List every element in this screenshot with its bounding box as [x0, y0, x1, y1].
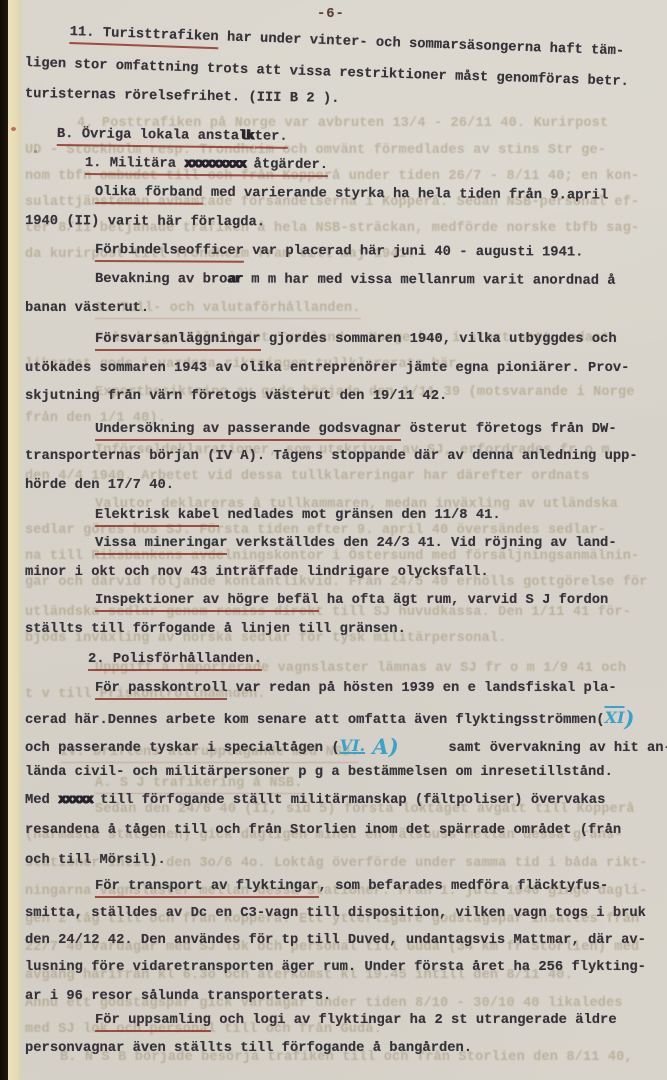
underlined-heading-text: 11. Turisttrafiken [69, 25, 219, 49]
handwritten-annotation: A) [365, 734, 399, 759]
underlined-heading-text: ter. [254, 129, 287, 148]
typed-text: turisternas rörelsefrihet. (III B 2 ). [25, 87, 340, 107]
typewritten-line: resandena å tågen till och från Storlien… [25, 822, 621, 840]
typed-text: och passerande tyskar i specialtågen ( [25, 741, 340, 756]
typewritten-line: och passerande tyskar i specialtågen (VI… [25, 737, 667, 758]
typewritten-line: Bevakning av broar m m har med vissa mel… [95, 271, 616, 291]
underlined-heading-text: För uppsamling [95, 1013, 211, 1032]
typed-text: minor i okt och nov 43 inträffade lindri… [25, 565, 489, 580]
typed-text: med varierande styrka ha hela tiden från… [203, 186, 609, 204]
typed-text: ställts till förfogande å linjen till gr… [25, 622, 406, 637]
typed-text: personvagnar även ställts till förfogand… [25, 1041, 472, 1056]
typed-text: nedlades mot gränsen den 11/8 41. [219, 508, 501, 523]
scanned-document-page: 4. Posttrafiken på Norge var avbruten 13… [0, 0, 667, 1080]
struck-out-word: xxxxx [58, 793, 92, 808]
typed-text: Bevakning av bro [95, 272, 228, 287]
typed-text: till förfogande ställt militärmanskap (f… [92, 793, 605, 808]
typewritten-line: Med xxxxx till förfogande ställt militär… [25, 792, 605, 810]
underlined-heading-text: Försvarsanläggningar [95, 332, 261, 351]
typed-text: m m har med vissa mellanrum varit anordn… [243, 273, 616, 289]
typed-text: hörde den 17/7 40. [25, 478, 174, 493]
typewritten-line: ar i 96 resor sålunda transporterats. [25, 988, 331, 1006]
typewritten-line: utökades sommaren 1943 av olika entrepre… [25, 360, 629, 378]
typewritten-line: Försvarsanläggningar gjordes sommaren 19… [95, 331, 617, 349]
typed-text: samt övervakning av hit an- [399, 741, 667, 756]
typewritten-line: För transport av flyktingar, som befarad… [95, 878, 608, 896]
handwritten-annotation: XI [605, 708, 625, 727]
underlined-heading-text: Olika förband [95, 185, 203, 205]
typed-text: transporternas början (IV A). Tågens sto… [25, 449, 638, 464]
typed-text: och logi av flyktingar ha 2 st utrangera… [211, 1013, 617, 1028]
underlined-heading-text: Elektrisk kabel [95, 508, 219, 527]
typewritten-line: den 24/12 42. Den användes för tp till D… [25, 932, 646, 950]
typed-text: cerad här.Dennes arbete kom senare att o… [25, 713, 605, 728]
typewritten-line: skjutning från värn företogs västerut de… [25, 388, 447, 406]
typewritten-line: 1940 (II) varit här förlagda. [25, 213, 265, 232]
typewritten-line: lända civil- och militärpersoner p g a b… [25, 764, 613, 782]
typewritten-line: 2. Polisförhållanden. [88, 651, 262, 669]
typed-text: gjordes sommaren 1940, vilka utbyggdes o… [261, 332, 617, 347]
typed-text: skjutning från värn företogs västerut de… [25, 389, 447, 404]
underlined-heading-text: B. Övriga lokala ansta [57, 127, 239, 148]
typed-text: lända civil- och militärpersoner p g a b… [25, 765, 613, 780]
typed-text: ligen stor omfattning trots att vissa re… [24, 56, 629, 90]
typed-text: verkställdes den 24/3 41. Vid röjning av… [227, 536, 616, 551]
typed-text: ha ofta ägt rum, varvid S J fordon [319, 593, 609, 608]
typed-text: var placerad här juni 40 - augusti 1941. [244, 244, 584, 261]
typewritten-line: turisternas rörelsefrihet. (III B 2 ). [25, 86, 340, 109]
overtyped-correction: ar [227, 272, 242, 287]
typed-text: lusning före vidaretransporten äger rum.… [25, 960, 646, 975]
typed-text: 1940 (II) varit här förlagda. [25, 214, 265, 230]
typewritten-line: transporternas början (IV A). Tågens sto… [25, 448, 638, 466]
typewritten-line: B. Övriga lokala anstalkter. [57, 126, 288, 147]
typewritten-text-layer: -6- 11. Turisttrafiken har under vinter-… [0, 0, 667, 1080]
typewritten-line: personvagnar även ställts till förfogand… [25, 1040, 472, 1058]
typewritten-line: Förbindelseofficer var placerad här juni… [95, 242, 584, 263]
typewritten-line: Undersökning av passerande godsvagnar ös… [95, 421, 617, 439]
underlined-heading-text: Vissa mineringar [95, 536, 227, 555]
typed-text: den 24/12 42. Den användes för tp till D… [25, 933, 646, 948]
typed-text: banan västerut. [25, 301, 149, 316]
typewritten-line: cerad här.Dennes arbete kom senare att o… [25, 709, 634, 730]
typed-text: och till Mörsil). [25, 853, 166, 868]
typed-text: utökades sommaren 1943 av olika entrepre… [25, 361, 629, 376]
typed-text: ar i 96 resor sålunda transporterats. [25, 989, 331, 1004]
typewritten-line: 1. Militära xxxxxxxxx åtgärder. [85, 155, 328, 175]
underlined-heading-text: För transport av flyktingar [95, 879, 319, 898]
typed-text: har under vinter- och sommarsäsongerna h… [218, 30, 624, 59]
typewritten-line: 11. Turisttrafiken har under vinter- och… [69, 24, 624, 61]
typewritten-line: ställts till förfogande å linjen till gr… [25, 621, 406, 639]
underlined-heading-text: Undersökning av passerande godsvagnar [95, 422, 401, 441]
typewritten-line: minor i okt och nov 43 inträffade lindri… [25, 564, 489, 582]
typed-text: smitta, ställdes av Dc en C3-vagn till d… [25, 906, 646, 921]
struck-out-word: xxxxxxxxx [184, 157, 245, 177]
typewritten-line: Elektrisk kabel nedlades mot gränsen den… [95, 507, 501, 525]
underlined-heading-text: Förbindelseofficer [95, 243, 244, 263]
typewritten-line: smitta, ställdes av Dc en C3-vagn till d… [25, 905, 646, 923]
typewritten-line: Inspektioner av högre befäl ha ofta ägt … [95, 592, 608, 610]
typewritten-line: Olika förband med varierande styrka ha h… [95, 184, 608, 206]
typewritten-line: Vissa mineringar verkställdes den 24/3 4… [95, 535, 617, 553]
typed-text: Med [25, 793, 58, 808]
handwritten-annotation: ) [624, 706, 634, 731]
typed-text: resandena å tågen till och från Storlien… [25, 823, 621, 838]
typed-text: var redan på hösten 1939 en e landsfiska… [227, 681, 616, 696]
typewritten-line: och till Mörsil). [25, 852, 166, 870]
typewritten-line: hörde den 17/7 40. [25, 477, 174, 495]
typewritten-line: lusning före vidaretransporten äger rum.… [25, 959, 646, 977]
typewritten-line: För passkontroll var redan på hösten 193… [95, 680, 617, 698]
underlined-heading-text: För passkontroll [95, 681, 227, 700]
typewritten-line: banan västerut. [25, 300, 149, 318]
typed-text: , som befarades medföra fläcktyfus- [319, 879, 609, 894]
page-number: -6- [317, 7, 345, 22]
handwritten-annotation: VI. [340, 736, 365, 755]
typewritten-line: För uppsamling och logi av flyktingar ha… [95, 1012, 617, 1030]
underlined-heading-text: åtgärder. [245, 157, 328, 177]
underlined-heading-text: 1. Militära [85, 156, 185, 176]
typed-text: österut företogs från DW- [401, 422, 616, 437]
underlined-heading-text: 2. Polisförhållanden. [88, 652, 262, 671]
underlined-heading-text: Inspektioner av högre befäl [95, 593, 319, 612]
overtyped-correction: lk [239, 129, 254, 148]
